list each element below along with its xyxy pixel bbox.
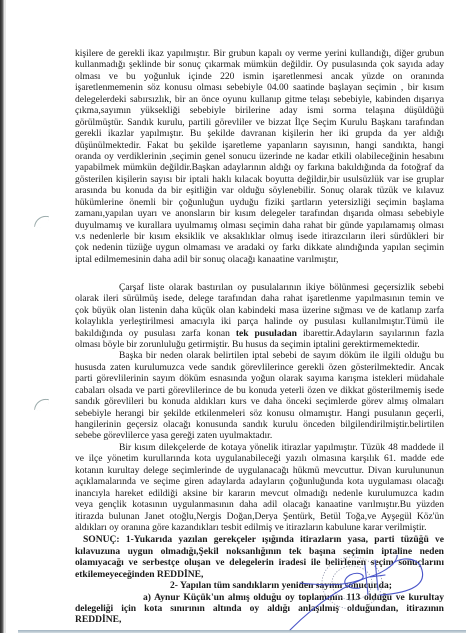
text-line: olması böyle bir zorunluluğu getirmiştir… bbox=[75, 339, 444, 350]
paragraph-gap bbox=[75, 265, 444, 276]
text-line: zamanı,yapılan uyarı ve anonsların bir k… bbox=[75, 208, 444, 219]
item-2a-line: delegeliği için kota sınırının altında o… bbox=[75, 603, 444, 614]
paragraph-4: Bir kısım dilekçelerde de kotaya yönelik… bbox=[75, 442, 444, 534]
text-line: iptal edilmemesinin daha adil bir sonuç … bbox=[75, 254, 444, 265]
text-line: hükümlerine önemli bir çoğunluğun uyduğu… bbox=[75, 197, 444, 208]
text-line: hangilerinin geçersiz olacağı konusunda … bbox=[75, 419, 444, 430]
item-2-heading: 2- Yapılan tüm sandıkların yeniden sayım… bbox=[75, 580, 444, 591]
text-line: gerekli ikazlar yapılmıştır. Bu şekilde … bbox=[75, 128, 444, 139]
text-line: yapabilmek mümkün değildir.Başkan adayla… bbox=[75, 162, 444, 173]
text-line: gösterilen kişilerin sayısı bir iptali h… bbox=[75, 174, 444, 185]
text-line: açıklamalarında ve seçime giren adaylard… bbox=[75, 476, 444, 487]
text-line: kotanın kurultay delege seçimlerinde de … bbox=[75, 465, 444, 476]
text-line: veya gençlik kotasının uygulanmasının da… bbox=[75, 499, 444, 510]
scan-margin bbox=[0, 633, 470, 643]
text-line: olması ve bu yoğunluk içinde 220 ismin i… bbox=[75, 71, 444, 82]
text-segment: bakıldığında oy pusulası zarfa konan bbox=[75, 328, 236, 339]
text-line: çıkma,sayımın yüksekliği sebebiyle biril… bbox=[75, 105, 444, 116]
paragraph-2: Çarşaf liste olarak bastırılan oy pusula… bbox=[75, 282, 444, 351]
conclusion-line: olamıyacağı ve serbestçe oluşan ve deleg… bbox=[75, 557, 444, 568]
punch-hole-mark-bottom bbox=[34, 397, 49, 412]
text-line: olarak ileri sürülmüş isede, delege tara… bbox=[75, 293, 444, 304]
text-line: kullanmadığı şeklinde bir sonuç çıkarmak… bbox=[75, 59, 444, 70]
text-line: sebebiyle herangi bir şekilde etkilenmel… bbox=[75, 408, 444, 419]
text-line: delegelerdeki sabırsızlık, bir an önce o… bbox=[75, 94, 444, 105]
text-line: ve ilçe yönetim kurullarında kota uygula… bbox=[75, 453, 444, 464]
document-page: kişilere de gerekli ikaz yapılmıştır. Bi… bbox=[75, 48, 444, 626]
text-line: çok büyük olan listenin daha küçük olan … bbox=[75, 305, 444, 316]
paragraph-3: Başka bir neden olarak belirtilen iptal … bbox=[75, 350, 444, 442]
conclusion-line: etkilemeyeceğinden REDDİNE, bbox=[75, 569, 444, 580]
text-line: hususda zaten kurulumuzca vede sandık gö… bbox=[75, 362, 444, 373]
text-line: parti görevlilerinin sayım döküm esnasın… bbox=[75, 373, 444, 384]
item-2a-line: REDDİNE, bbox=[75, 614, 444, 625]
text-line: düşünülmektedir. Fakat bu şekilde işaret… bbox=[75, 140, 444, 151]
text-line: çok nedenin tüzüğe uygun olmaması ve ara… bbox=[75, 242, 444, 253]
text-line: inancıyla hareket edildiği aksine bir ka… bbox=[75, 488, 444, 499]
text-line: sebebe görevlilerce yasa gereği zaten uy… bbox=[75, 430, 444, 441]
text-line: bakıldığında oy pusulası zarfa konan tek… bbox=[75, 328, 444, 339]
item-2a-line: a) Aynur Küçük'un almış olduğu oy toplam… bbox=[75, 592, 444, 603]
text-line: v.s nedenlerle bir kısım eksiklik ve aks… bbox=[75, 231, 444, 242]
text-line: itirazda bulunan Janet otoğlu,Nergis Doğ… bbox=[75, 511, 444, 522]
text-line: duyulmamış ve kurallara uyulmamış olması… bbox=[75, 220, 444, 231]
text-line: kolaylıkla yerleştirilmesi amacıyla iki … bbox=[75, 316, 444, 327]
text-segment: ibarettir.Adayların sayılarının fazla bbox=[297, 328, 444, 339]
conclusion-line: SONUÇ: 1-Yukarıda yazılan gerekçeler ışı… bbox=[75, 534, 444, 545]
text-line: oranda oy verdiklerinin ,seçimin genel s… bbox=[75, 151, 444, 162]
punch-hole-mark-top bbox=[34, 214, 49, 229]
conclusion-line: kılavuzuna uygun olmadığı,Şekil noksanlı… bbox=[75, 546, 444, 557]
conclusion-section: SONUÇ: 1-Yukarıda yazılan gerekçeler ışı… bbox=[75, 534, 444, 580]
text-line: aldıkları oy oranına göre kazandıkları t… bbox=[75, 522, 444, 533]
text-line: kişilere de gerekli ikaz yapılmıştır. Bi… bbox=[75, 48, 444, 59]
text-line: Bir kısım dilekçelerde de kotaya yönelik… bbox=[75, 442, 444, 453]
scan-left-edge-inner bbox=[4, 0, 6, 643]
item-2-section: 2- Yapılan tüm sandıkların yeniden sayım… bbox=[75, 580, 444, 626]
text-line: Başka bir neden olarak belirtilen iptal … bbox=[75, 350, 444, 361]
text-line: Çarşaf liste olarak bastırılan oy pusula… bbox=[75, 282, 444, 293]
text-line: arasında bu konuda da bir eşitliğin var … bbox=[75, 185, 444, 196]
text-line: işaretlenmemenin söz konusu olması sebeb… bbox=[75, 82, 444, 93]
text-line: görülmüştür. Sandık kurulu, partili göre… bbox=[75, 117, 444, 128]
text-line: sandık görevlileri bu konuda aldıkları k… bbox=[75, 396, 444, 407]
emphasized-text: tek pusuladan bbox=[236, 328, 297, 339]
paragraph-1: kişilere de gerekli ikaz yapılmıştır. Bi… bbox=[75, 48, 444, 265]
text-line: cabaları olsada ve parti görevlilerince … bbox=[75, 385, 444, 396]
